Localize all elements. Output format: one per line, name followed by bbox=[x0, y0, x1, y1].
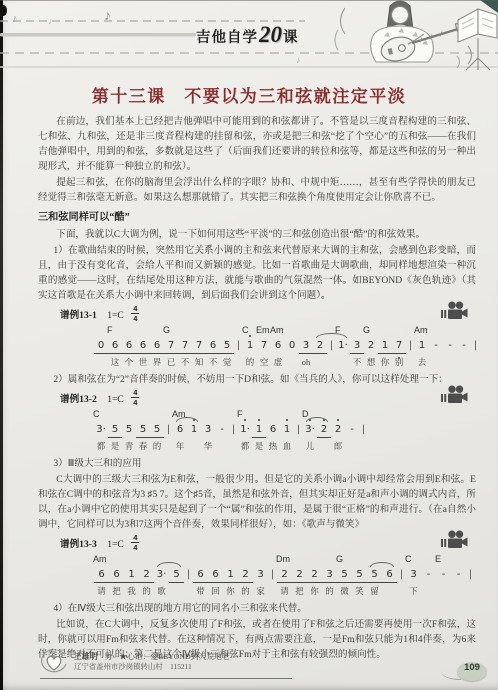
note-cell: - bbox=[345, 423, 359, 438]
barline: | bbox=[397, 568, 406, 582]
note-cell: 3不 bbox=[350, 339, 364, 354]
paragraph: C大调中的三级大三和弦为E和弦，一般很少用。但是它的关系小调a小调中却经常会用到… bbox=[38, 472, 476, 532]
lyric: 把 bbox=[295, 584, 304, 598]
slur-arc bbox=[306, 417, 328, 422]
lyric: 你 bbox=[226, 584, 235, 598]
example-key: 1=C bbox=[107, 539, 124, 550]
note-cell: 6热 bbox=[266, 423, 280, 438]
chord-symbol: Am bbox=[93, 554, 107, 564]
slur-arc bbox=[157, 562, 181, 567]
note-cell: 5春 bbox=[136, 423, 150, 438]
book-spine-edge bbox=[0, 0, 3, 690]
note-cell: - bbox=[421, 568, 436, 583]
note-cell: 2 bbox=[313, 339, 327, 354]
note-cell: -E bbox=[436, 568, 451, 583]
note-cell: 5 bbox=[169, 568, 184, 583]
note-cell: 3oh bbox=[299, 339, 313, 354]
lyric: 家 bbox=[256, 584, 265, 598]
lyric: 知 bbox=[195, 355, 204, 369]
chord-symbol: G bbox=[163, 325, 170, 335]
note-cell: 6回 bbox=[208, 568, 223, 583]
music-stand-icon bbox=[458, 9, 497, 70]
reader-info-line: 王雄明男★心语：爱BEYOND到天荒地老 bbox=[40, 652, 292, 662]
lyric: 你 bbox=[310, 584, 319, 598]
lyric: 春 bbox=[139, 439, 148, 453]
note-cell: 2把 bbox=[292, 568, 307, 583]
time-signature: 44 bbox=[131, 389, 139, 406]
notation-example-13-1: 谱例13-1 1=C 44 06这F6个6世6界7已G7不7知6不5觉|1的C7… bbox=[38, 305, 476, 371]
music-note-icon: ♪ bbox=[296, 55, 301, 65]
section-title: 三和弦同样可以“酷” bbox=[38, 210, 476, 225]
notation-example-header: 谱例13-3 1=C 44 bbox=[60, 534, 476, 552]
lyric: 世 bbox=[139, 355, 148, 369]
music-note-icon: ♩ bbox=[48, 16, 57, 26]
chord-symbol: F bbox=[237, 409, 243, 419]
reader-address-line: 辽宁省盖州市沙岗镇转山村 115211 bbox=[40, 662, 292, 672]
note-cell: 1 bbox=[187, 423, 201, 438]
slur-arc bbox=[316, 333, 347, 338]
lyric: 虚 bbox=[274, 355, 283, 369]
lyric: 青 bbox=[125, 439, 134, 453]
paragraph: 提起三和弦，在你的脑海里会浮出什么样的字眼？协和、中规中矩……，甚至有些学得快的… bbox=[38, 175, 476, 205]
chord-symbol: Am bbox=[270, 325, 284, 335]
lyric: 带 bbox=[196, 584, 205, 598]
chord-symbol: Am bbox=[414, 325, 428, 335]
number-notation-staff: 06这F6个6世6界7已G7不7知6不5觉|1的C7空Em6虚Am03oh2|1… bbox=[94, 324, 476, 371]
note-cell: 0 bbox=[94, 339, 108, 354]
lyric: 儿 bbox=[306, 439, 315, 453]
video-camera-icon bbox=[441, 530, 468, 549]
lyric: 郎 bbox=[334, 439, 343, 453]
note-cell: 6世 bbox=[136, 339, 150, 354]
barline: | bbox=[234, 339, 243, 353]
note-cell: 6把 bbox=[109, 568, 124, 583]
lyric: 微 bbox=[340, 584, 349, 598]
lesson-title: 第十三课 不要以为三和弦就注定平淡 bbox=[38, 82, 460, 107]
note-cell: 3·歌 bbox=[154, 568, 169, 583]
list-item-2: 2）属和弦在为“2”音伴奏的时候，不妨用一下D和弦。如《当兵的人》，你可以这样处… bbox=[38, 372, 476, 387]
music-note-icon: ♪ bbox=[104, 9, 111, 24]
note-cell: 6界 bbox=[150, 339, 164, 354]
reader-name: 王雄明 bbox=[74, 652, 97, 661]
note-cell: - bbox=[215, 423, 229, 438]
note-cell: 2的 bbox=[139, 568, 154, 583]
note-cell: 2请Dm bbox=[277, 568, 292, 583]
note-cell: 5的 bbox=[150, 423, 164, 438]
chord-symbol: C bbox=[405, 554, 412, 564]
notation-example-13-2: 谱例13-2 1=C 44 3·都C5是5青5春5的|6年Am13华-|1·都F… bbox=[38, 389, 476, 455]
lyric: 空 bbox=[260, 355, 269, 369]
note-cell: - bbox=[451, 568, 466, 583]
notation-example-header: 谱例13-2 1=C 44 bbox=[60, 389, 476, 407]
logo-text: 吉他自学 bbox=[196, 30, 258, 46]
note-cell: 6这F bbox=[108, 339, 122, 354]
slur-arc bbox=[370, 562, 394, 567]
reader-gender: 男 bbox=[104, 652, 112, 661]
lyric: 是 bbox=[255, 439, 264, 453]
lyric: 热 bbox=[269, 439, 278, 453]
lyric: 笑 bbox=[355, 584, 364, 598]
lyric: oh bbox=[302, 355, 311, 369]
lyric: 去 bbox=[418, 355, 427, 369]
list-item-3: 3）Ⅲ级大三和的应用 bbox=[38, 456, 476, 471]
chord-symbol: E bbox=[435, 554, 441, 564]
lyric: 个 bbox=[125, 355, 134, 369]
lyric: 已 bbox=[167, 355, 176, 369]
page-number-badge: 109 bbox=[457, 662, 487, 681]
page-header: ♪ ♪ ♩ ♪ ♪ bbox=[0, 0, 498, 74]
chord-symbol: G bbox=[336, 554, 343, 564]
note-cell: - bbox=[457, 339, 471, 354]
logo-text: 课 bbox=[283, 30, 299, 46]
slur-arc bbox=[176, 417, 198, 422]
note-cell: 6年Am bbox=[173, 423, 187, 438]
lyric: 的 bbox=[142, 584, 151, 598]
note-cell: 7空Em bbox=[257, 339, 271, 354]
note-cell: 2你 bbox=[307, 568, 322, 583]
note-cell: 6个 bbox=[122, 339, 136, 354]
list-item-1: 1）在歌曲结束的时候，突然用它关系小调的主和弦来代替原来大调的主和弦，会感到色彩… bbox=[38, 243, 476, 303]
barline: | bbox=[471, 339, 480, 353]
number-notation-staff: 6请Am6把1我2的3·歌5|6带6回1你2的3家|2请Dm2把2你3的5微G5… bbox=[94, 553, 476, 600]
reader-postcode: 115211 bbox=[170, 662, 192, 671]
note-cell: 5觉 bbox=[220, 339, 234, 354]
paragraph: 在前边，我们基本上已经把吉他弹唱中可能用到的和弦都讲了。不管是以三度音程构建的三… bbox=[38, 114, 476, 174]
note-cell: 6虚Am bbox=[271, 339, 285, 354]
lyric: 下 bbox=[409, 584, 418, 598]
note-cell: 1·都F bbox=[238, 423, 252, 438]
lyric: 不 bbox=[209, 355, 218, 369]
number-notation-staff: 3·都C5是5青5春5的|6年Am13华-|1·都F1是6热1血|3·儿D22郎… bbox=[94, 408, 476, 455]
lyric: 别 bbox=[395, 355, 404, 369]
list-item-4: 4）在Ⅳ级大三和弦出现的地方用它的同名小三和弦来代替。 bbox=[38, 601, 476, 616]
lyric: 年 bbox=[176, 439, 185, 453]
book-logo: 吉他自学20课 bbox=[196, 22, 299, 48]
note-cell: 1·F bbox=[336, 339, 350, 354]
note-cell: 3·都C bbox=[94, 423, 108, 438]
lyric: 请 bbox=[97, 584, 106, 598]
note-cell: 6不 bbox=[206, 339, 220, 354]
chord-symbol: Em bbox=[256, 325, 270, 335]
barline: | bbox=[229, 423, 238, 437]
note-cell: 7知 bbox=[192, 339, 206, 354]
note-cell: 5青 bbox=[122, 423, 136, 438]
barline: | bbox=[268, 568, 277, 582]
example-label: 谱例13-2 bbox=[60, 394, 97, 405]
note-cell: 6请Am bbox=[94, 568, 109, 583]
gray-rule bbox=[0, 33, 196, 37]
lyric: 华 bbox=[204, 439, 213, 453]
chord-symbol: D bbox=[302, 409, 309, 419]
reader-address: 辽宁省盖州市沙岗镇转山村 bbox=[74, 662, 163, 671]
note-cell: 3家 bbox=[253, 568, 268, 583]
note-cell: 3华 bbox=[201, 423, 215, 438]
time-signature: 44 bbox=[131, 534, 139, 551]
lyric: 的 bbox=[153, 439, 162, 453]
note-cell: 7已G bbox=[164, 339, 178, 354]
note-cell: 1去Am bbox=[415, 339, 429, 354]
lyric: 都 bbox=[241, 439, 250, 453]
note-cell: 3的 bbox=[322, 568, 337, 583]
lyric: 请 bbox=[280, 584, 289, 598]
chord-symbol: C bbox=[93, 409, 100, 419]
barline: | bbox=[184, 568, 193, 582]
lyric: 回 bbox=[211, 584, 220, 598]
example-key: 1=C bbox=[107, 310, 124, 321]
notation-example-header: 谱例13-1 1=C 44 bbox=[60, 305, 476, 323]
chord-symbol: G bbox=[363, 325, 370, 335]
barline: | bbox=[327, 339, 336, 353]
lyric: 的 bbox=[241, 584, 250, 598]
note-cell: 5微G bbox=[337, 568, 352, 583]
lyric: 歌 bbox=[157, 584, 166, 598]
lyric: 你 bbox=[381, 355, 390, 369]
note-cell: 2想G bbox=[364, 339, 378, 354]
note-cell: 1的C bbox=[243, 339, 257, 354]
example-key: 1=C bbox=[107, 394, 124, 405]
lyric: 的 bbox=[325, 584, 334, 598]
note-cell: 1我 bbox=[124, 568, 139, 583]
example-label: 谱例13-1 bbox=[60, 310, 97, 321]
lyric: 不 bbox=[353, 355, 362, 369]
note-cell: 1血 bbox=[280, 423, 294, 438]
page-content: 在前边，我们基本上已经把吉他弹唱中可能用到的和弦都讲了。不管是以三度音程构建的三… bbox=[38, 114, 476, 662]
note-cell: 6 bbox=[382, 568, 397, 583]
video-camera-icon bbox=[441, 301, 468, 320]
note-cell: 7别 bbox=[392, 339, 406, 354]
logo-number: 20 bbox=[258, 22, 283, 47]
note-cell: 7不 bbox=[178, 339, 192, 354]
reader-note-footer: 王雄明男★心语：爱BEYOND到天荒地老 辽宁省盖州市沙岗镇转山村 115211 bbox=[40, 652, 292, 679]
note-cell: 5留 bbox=[367, 568, 382, 583]
barline: | bbox=[359, 423, 368, 437]
note-cell: 0 bbox=[285, 339, 299, 354]
lyric: 都 bbox=[97, 439, 106, 453]
note-cell: 2郎 bbox=[331, 423, 345, 438]
note-cell: 6带 bbox=[193, 568, 208, 583]
note-cell: 5是 bbox=[108, 423, 122, 438]
chord-symbol: F bbox=[107, 325, 113, 335]
note-cell: 5笑 bbox=[352, 568, 367, 583]
book-page: ♪ ♪ ♩ ♪ ♪ bbox=[0, 0, 498, 690]
note-cell: 3·儿D bbox=[303, 423, 317, 438]
note-cell: 1是 bbox=[252, 423, 266, 438]
note-cell: - bbox=[443, 339, 457, 354]
lyric: 留 bbox=[370, 584, 379, 598]
note-cell: 1你 bbox=[223, 568, 238, 583]
note-cell: 2的 bbox=[238, 568, 253, 583]
time-signature: 44 bbox=[131, 305, 139, 322]
lyric: 的 bbox=[246, 355, 255, 369]
barline: | bbox=[164, 423, 173, 437]
reader-motto: ★心语：爱BEYOND到天荒地老 bbox=[119, 652, 229, 661]
barline: | bbox=[466, 568, 475, 582]
guitarist-illustration bbox=[335, 1, 472, 68]
music-note-icon: ♪ bbox=[12, 13, 18, 25]
lyric: 想 bbox=[367, 355, 376, 369]
note-cell: 3下C bbox=[406, 568, 421, 583]
note-cell: - bbox=[429, 339, 443, 354]
example-label: 谱例13-3 bbox=[60, 539, 97, 550]
lyric: 把 bbox=[112, 584, 121, 598]
notation-example-13-3: 谱例13-3 1=C 44 6请Am6把1我2的3·歌5|6带6回1你2的3家|… bbox=[38, 534, 476, 600]
heart-icon bbox=[40, 650, 69, 675]
lyric: 是 bbox=[111, 439, 120, 453]
barline: | bbox=[406, 339, 415, 353]
barline: | bbox=[294, 423, 303, 437]
lyric: 我 bbox=[127, 584, 136, 598]
note-cell: 1你 bbox=[378, 339, 392, 354]
chord-symbol: C bbox=[242, 325, 249, 335]
lyric: 觉 bbox=[223, 355, 232, 369]
lyric: 界 bbox=[153, 355, 162, 369]
lyric: 血 bbox=[283, 439, 292, 453]
video-camera-icon bbox=[441, 385, 468, 404]
lyric: 这 bbox=[111, 355, 120, 369]
chord-symbol: Dm bbox=[276, 554, 290, 564]
paragraph: 下面，我就以C大调为例，说一下如何用这些“平淡”的三和弦创造出很“酷”的和弦效果… bbox=[38, 227, 476, 242]
lyric: 不 bbox=[181, 355, 190, 369]
note-cell: 2 bbox=[317, 423, 331, 438]
